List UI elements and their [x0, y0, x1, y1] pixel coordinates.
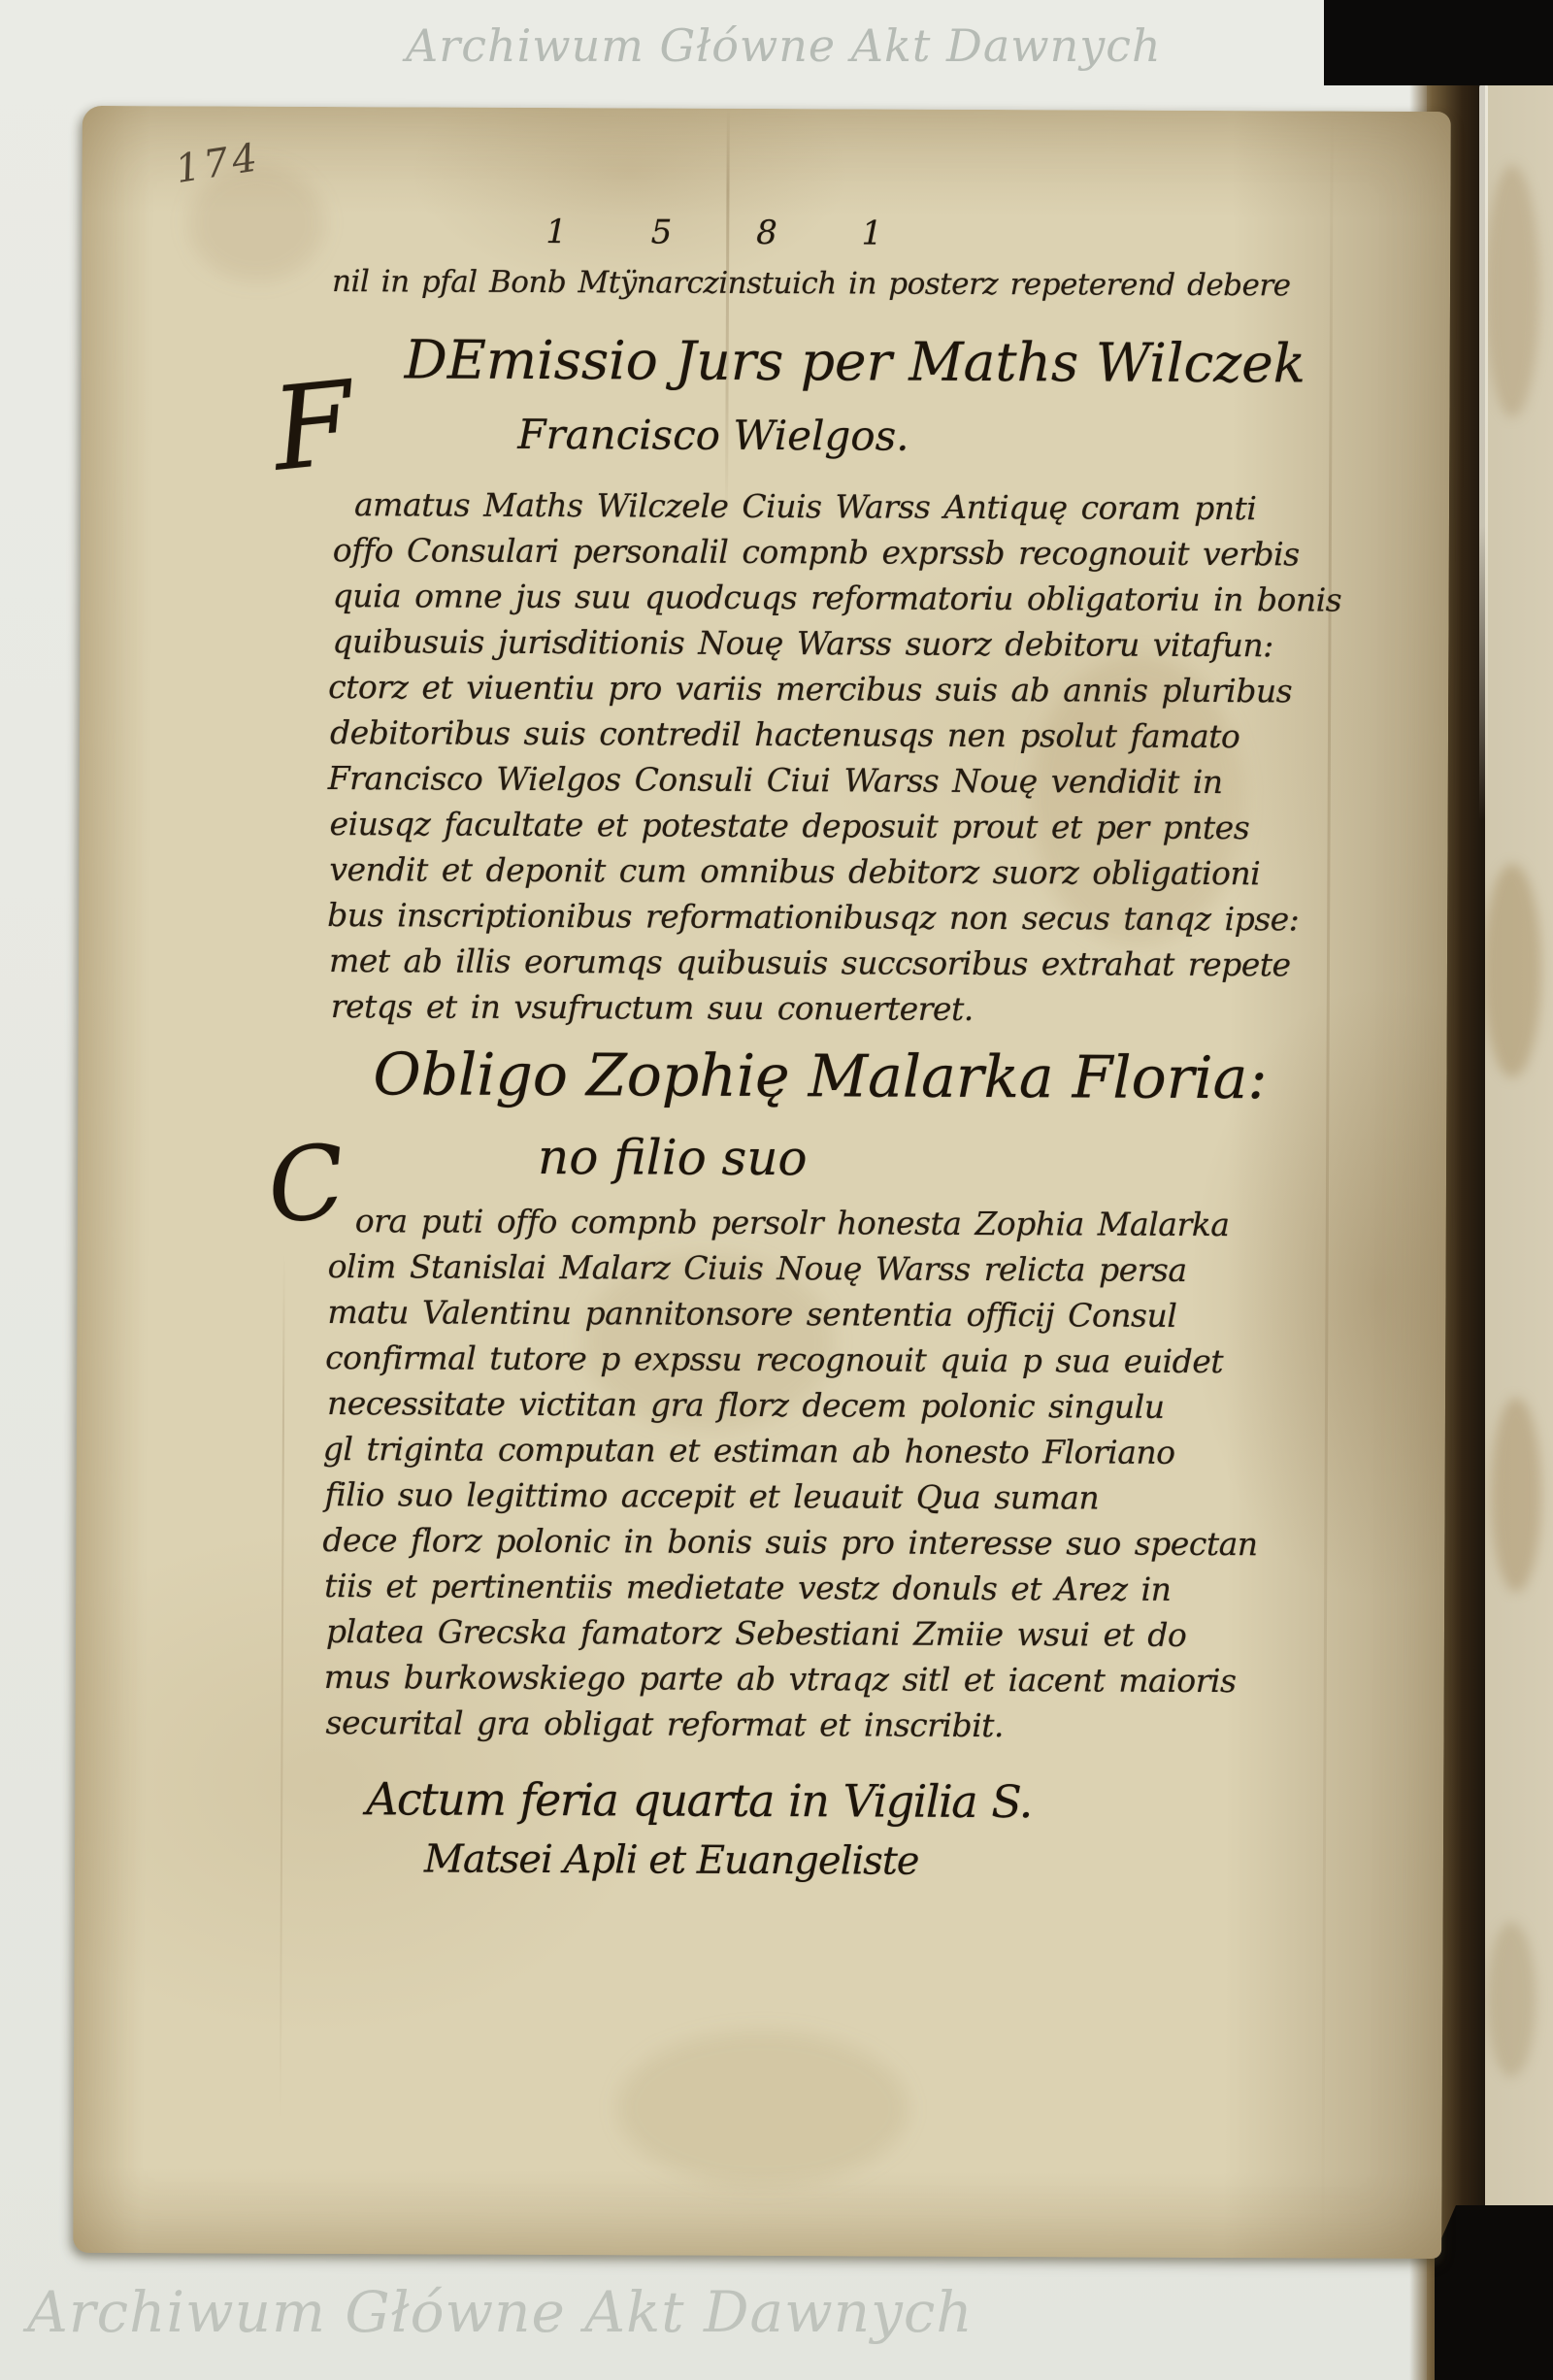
archive-watermark-bottom: Archiwum Główne Akt Dawnych — [27, 2279, 974, 2345]
closing-line2: Matsei Apli et Euangeliste — [424, 1836, 919, 1883]
archive-scan: 174 1 5 8 1 nil in pfal Bonb Mtÿnarczins… — [0, 0, 1553, 2380]
manuscript-line: ctorz et viuentiu pro variis mercibus su… — [328, 664, 1292, 713]
manuscript-line: confirmal tutore p expssu recognouit qui… — [325, 1335, 1223, 1384]
manuscript-line: olim Stanislai Malarz Ciuis Nouę Warss r… — [328, 1243, 1187, 1293]
manuscript-line: ora puti offo compnb persolr honesta Zop… — [355, 1198, 1230, 1247]
manuscript-line: tiis et pertinentiis medietate vestz don… — [324, 1563, 1171, 1612]
entry1-heading-line2: Francisco Wielgos. — [517, 411, 909, 460]
paper-crease — [280, 1252, 285, 2126]
manuscript-line: amatus Maths Wilczele Ciuis Warss Antiqu… — [354, 481, 1257, 531]
entry1-drop-cap: F — [268, 365, 358, 487]
manuscript-page: 174 1 5 8 1 nil in pfal Bonb Mtÿnarczins… — [73, 106, 1451, 2259]
black-mask-top-right — [1324, 0, 1553, 85]
manuscript-line: matu Valentinu pannitonsore sententia of… — [327, 1289, 1176, 1339]
manuscript-line: bus inscriptionibus reformationibusqz no… — [327, 892, 1299, 942]
manuscript-line: securital gra obligat reformat et inscri… — [325, 1700, 1004, 1748]
manuscript-line: debitoribus suis contredil hactenusqs ne… — [330, 710, 1240, 759]
entry2-drop-cap: C — [263, 1130, 350, 1238]
manuscript-line: met ab illis eorumqs quibusuis succsorib… — [329, 938, 1291, 987]
manuscript-line: Francisco Wielgos Consuli Ciui Warss Nou… — [328, 755, 1223, 805]
paper-stain — [616, 2030, 909, 2186]
manuscript-line: gl triginta computan et estiman ab hones… — [323, 1426, 1175, 1475]
closing-line1: Actum feria quarta in Vigilia S. — [366, 1772, 1032, 1828]
page-edge-highlight — [1479, 83, 1488, 821]
ink-bleed-mark — [1485, 165, 1539, 417]
manuscript-line: vendit et deponit cum omnibus debitorz s… — [329, 846, 1260, 896]
manuscript-line: eiusqz facultate et potestate deposuit p… — [330, 801, 1250, 850]
manuscript-line: offo Consulari personalil compnb exprssb… — [333, 527, 1300, 577]
archive-watermark-top: Archiwum Główne Akt Dawnych — [406, 19, 1162, 72]
ink-bleed-mark — [1487, 1922, 1536, 2077]
entry2-heading-line2: no filio suo — [538, 1129, 808, 1186]
manuscript-line: dece florz polonic in bonis suis pro int… — [322, 1517, 1257, 1567]
intro-line: nil in pfal Bonb Mtÿnarczinstuich in pos… — [332, 264, 1291, 303]
manuscript-line: platea Grecska famatorz Sebestiani Zmiie… — [326, 1608, 1187, 1658]
manuscript-line: necessitate victitan gra florz decem pol… — [327, 1380, 1165, 1430]
entry2-heading-line1: Obligo Zophię Malarka Floria: — [373, 1041, 1267, 1112]
manuscript-line: mus burkowskiego parte ab vtraqz sitl et… — [324, 1654, 1237, 1703]
year-heading: 1 5 8 1 — [545, 213, 884, 253]
manuscript-line: retqs et in vsufructum suu conuerteret. — [331, 983, 974, 1032]
manuscript-line: quia omne jus suu quodcuqs reformatoriu … — [333, 573, 1342, 623]
manuscript-line: quibusuis jurisditionis Nouę Warss suorz… — [332, 618, 1273, 668]
black-mask-bottom-right — [1435, 2205, 1553, 2380]
paper-crease — [1321, 112, 1334, 2259]
manuscript-line: filio suo legittimo accepit et leuauit Q… — [324, 1471, 1099, 1520]
ink-bleed-mark — [1483, 864, 1541, 1077]
entry1-heading-line1: DEmissio Jurs per Maths Wilczek — [405, 328, 1306, 394]
ink-bleed-mark — [1491, 1398, 1541, 1592]
